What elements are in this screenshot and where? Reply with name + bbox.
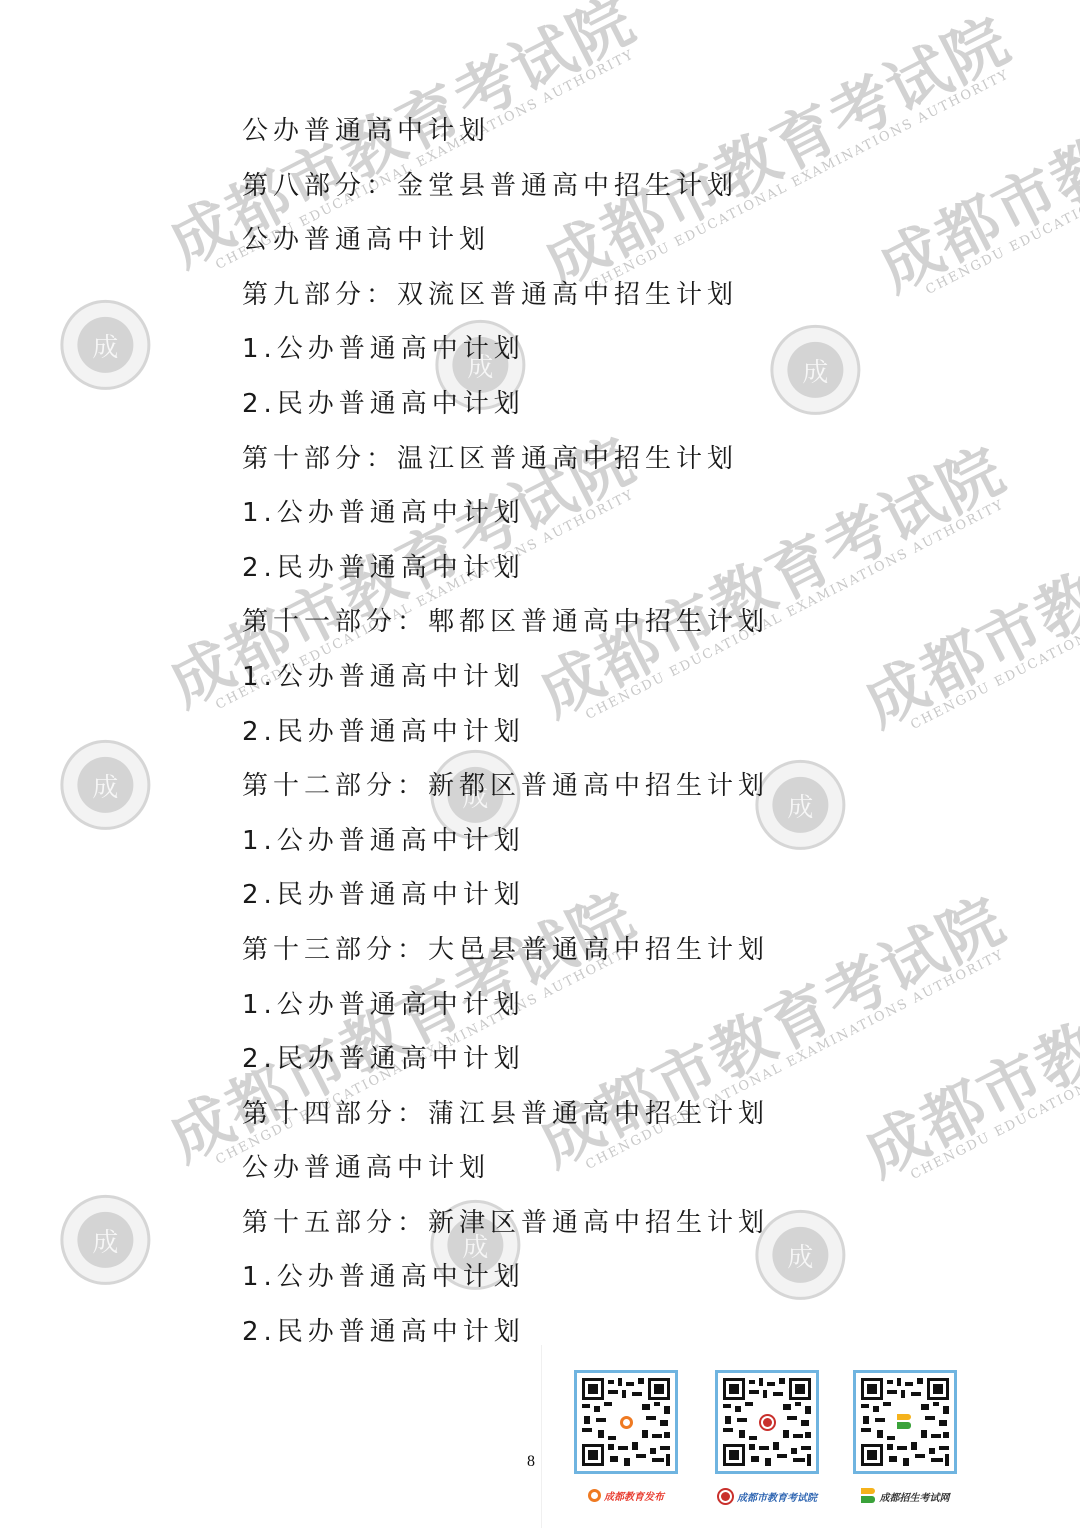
qr-code-frame [574,1370,678,1474]
section-heading: 第十二部分：新都区普通高中招生计划 [242,759,769,814]
text-line: 1.公办普通高中计划 [242,322,769,377]
text-line: 公办普通高中计划 [242,1141,769,1196]
yellow-green-flag-icon [892,1409,918,1435]
section-heading: 第九部分：双流区普通高中招生计划 [242,268,769,323]
text-line: 1.公办普通高中计划 [242,814,769,869]
section-heading: 第八部分：金堂县普通高中招生计划 [242,159,769,214]
seal-icon: 成 [60,740,150,830]
yellow-green-flag-icon [861,1488,877,1504]
qr-code-chengdu-education-release[interactable]: 成都教育发布 [574,1370,678,1503]
text-line: 2.民办普通高中计划 [242,541,769,596]
text-line: 1.公办普通高中计划 [242,650,769,705]
qr-caption: 成都招生考试网 [853,1488,957,1504]
red-seal-icon [754,1409,780,1435]
seal-icon: 成 [770,325,860,415]
orange-ring-icon [613,1409,639,1435]
qr-code-chengdu-exam-authority[interactable]: 成都市教育考试院 [715,1370,819,1505]
text-line: 公办普通高中计划 [242,104,769,159]
text-line: 2.民办普通高中计划 [242,868,769,923]
watermark: 成都市教育考试院 CHENGDU EDUCATIONAL EXAMINATION… [790,65,1080,461]
text-line: 1.公办普通高中计划 [242,1250,769,1305]
orange-ring-icon [588,1489,601,1502]
watermark: 成都市教育考试院 CHENGDU EDUCATIONAL EXAMINATION… [775,950,1080,1346]
text-line: 1.公办普通高中计划 [242,486,769,541]
section-heading: 第十四部分：蒲江县普通高中招生计划 [242,1087,769,1142]
seal-icon: 成 [60,300,150,390]
section-heading: 第十五部分：新津区普通高中招生计划 [242,1196,769,1251]
watermark: 成都市教育考试院 CHENGDU EDUCATIONAL EXAMINATION… [775,500,1080,896]
text-line: 2.民办普通高中计划 [242,1032,769,1087]
section-heading: 第十三部分：大邑县普通高中招生计划 [242,923,769,978]
section-heading: 第十部分：温江区普通高中招生计划 [242,432,769,487]
section-heading: 第十一部分：郫都区普通高中招生计划 [242,595,769,650]
document-body: 公办普通高中计划 第八部分：金堂县普通高中招生计划 公办普通高中计划 第九部分：… [242,104,769,1360]
text-line: 2.民办普通高中计划 [242,705,769,760]
qr-caption: 成都市教育考试院 [715,1488,819,1505]
qr-code-chengdu-admission-site[interactable]: 成都招生考试网 [853,1370,957,1504]
qr-caption: 成都教育发布 [574,1488,678,1503]
text-line: 2.民办普通高中计划 [242,1305,769,1360]
text-line: 2.民办普通高中计划 [242,377,769,432]
seal-icon: 成 [60,1195,150,1285]
divider [541,1345,542,1528]
qr-code-frame [853,1370,957,1474]
qr-code-frame [715,1370,819,1474]
page-number: 8 [527,1453,535,1471]
red-seal-icon [717,1488,734,1505]
text-line: 公办普通高中计划 [242,213,769,268]
text-line: 1.公办普通高中计划 [242,978,769,1033]
